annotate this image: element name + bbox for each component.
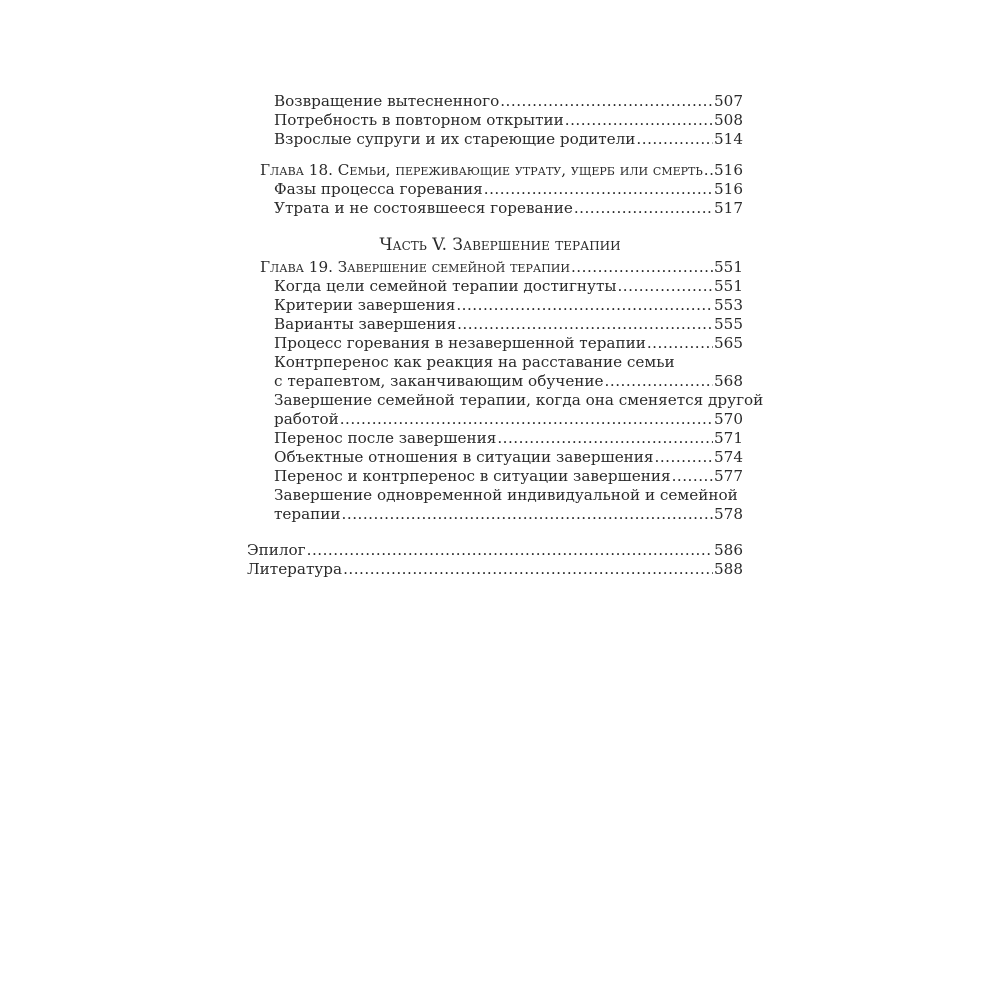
leader-dots bbox=[343, 560, 713, 579]
page-number: 570 bbox=[714, 410, 743, 429]
leader-dots bbox=[574, 199, 713, 218]
page-number: 588 bbox=[714, 560, 743, 579]
toc-entry[interactable]: Фазы процесса горевания516 bbox=[247, 180, 743, 199]
page-number: 551 bbox=[714, 258, 743, 277]
toc-bibliography[interactable]: Литература588 bbox=[247, 560, 743, 579]
toc-entry[interactable]: Перенос после завершения571 bbox=[247, 429, 743, 448]
leader-dots bbox=[605, 372, 713, 391]
leader-dots bbox=[565, 111, 713, 130]
leader-dots bbox=[307, 541, 713, 560]
toc-entry[interactable]: Процесс горевания в незавершенной терапи… bbox=[247, 334, 743, 353]
page-number: 586 bbox=[714, 541, 743, 560]
leader-dots bbox=[497, 429, 713, 448]
toc-entry[interactable]: Возвращение вытесненного507 bbox=[247, 92, 743, 111]
page-number: 514 bbox=[714, 130, 743, 149]
toc-entry-multiline[interactable]: Завершение семейной терапии, когда она с… bbox=[247, 391, 743, 429]
leader-dots bbox=[484, 180, 713, 199]
page-number: 508 bbox=[714, 111, 743, 130]
page-number: 516 bbox=[714, 180, 743, 199]
page-number: 555 bbox=[714, 315, 743, 334]
page-number: 516 bbox=[714, 161, 743, 180]
page-number: 577 bbox=[714, 467, 743, 486]
toc-entry[interactable]: Перенос и контрперенос в ситуации заверш… bbox=[247, 467, 743, 486]
toc-entry[interactable]: Варианты завершения555 bbox=[247, 315, 743, 334]
leader-dots bbox=[340, 410, 713, 429]
table-of-contents: Возвращение вытесненного507 Потребность … bbox=[247, 92, 743, 579]
leader-dots bbox=[457, 315, 713, 334]
page-number: 571 bbox=[714, 429, 743, 448]
leader-dots bbox=[456, 296, 713, 315]
leader-dots bbox=[617, 277, 713, 296]
page-number: 578 bbox=[714, 505, 743, 524]
page-number: 507 bbox=[714, 92, 743, 111]
page-number: 553 bbox=[714, 296, 743, 315]
part-heading: Часть V. Завершение терапии bbox=[247, 234, 743, 256]
page-number: 565 bbox=[714, 334, 743, 353]
leader-dots bbox=[655, 448, 713, 467]
toc-entry[interactable]: Взрослые супруги и их стареющие родители… bbox=[247, 130, 743, 149]
toc-entry[interactable]: Объектные отношения в ситуации завершени… bbox=[247, 448, 743, 467]
toc-entry[interactable]: Критерии завершения553 bbox=[247, 296, 743, 315]
page-number: 568 bbox=[714, 372, 743, 391]
leader-dots bbox=[571, 258, 713, 277]
toc-entry[interactable]: Потребность в повторном открытии508 bbox=[247, 111, 743, 130]
toc-chapter-19[interactable]: Глава 19. Завершение семейной терапии551 bbox=[247, 258, 743, 277]
leader-dots bbox=[500, 92, 713, 111]
toc-epilogue[interactable]: Эпилог586 bbox=[247, 541, 743, 560]
toc-entry-multiline[interactable]: Завершение одновременной индивидуальной … bbox=[247, 486, 743, 524]
leader-dots bbox=[704, 161, 713, 180]
leader-dots bbox=[342, 505, 713, 524]
toc-entry[interactable]: Утрата и не состоявшееся горевание517 bbox=[247, 199, 743, 218]
page-number: 574 bbox=[714, 448, 743, 467]
toc-entry[interactable]: Когда цели семейной терапии достигнуты55… bbox=[247, 277, 743, 296]
toc-entry-multiline[interactable]: Контрперенос как реакция на расставание … bbox=[247, 353, 743, 391]
toc-chapter-18[interactable]: Глава 18. Семьи, переживающие утрату, ущ… bbox=[247, 161, 743, 180]
page-number: 551 bbox=[714, 277, 743, 296]
leader-dots bbox=[647, 334, 713, 353]
leader-dots bbox=[672, 467, 713, 486]
leader-dots bbox=[636, 130, 713, 149]
page-number: 517 bbox=[714, 199, 743, 218]
